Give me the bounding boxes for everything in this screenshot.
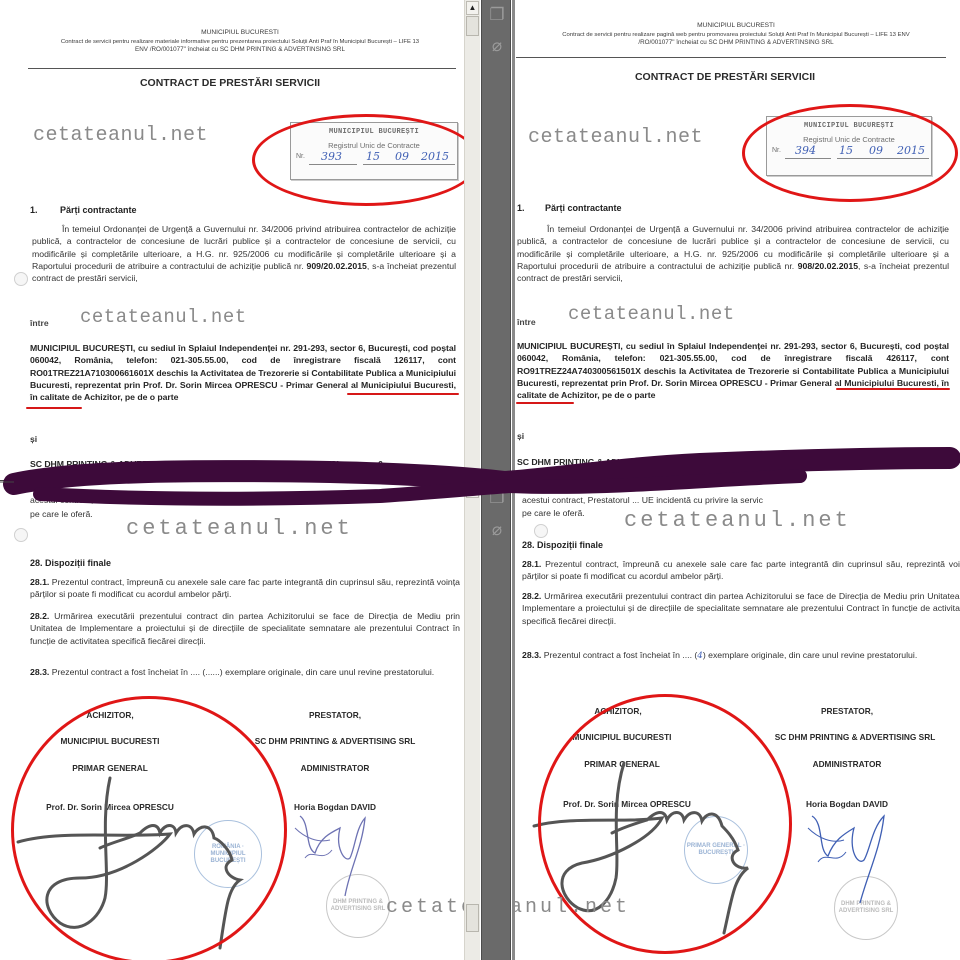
clause-28-3: 28.3. Prezentul contract a fost încheiat… <box>30 666 460 678</box>
seller-organization: SC DHM PRINTING & ADVERTISING SRL <box>230 736 440 746</box>
pages-icon[interactable]: ❐ <box>488 5 506 25</box>
watermark: cetateanul.net <box>624 508 851 533</box>
attachment-icon[interactable]: ⌀ <box>488 36 506 56</box>
document-header: MUNICIPIUL BUCURESTI Contract de servici… <box>20 29 460 55</box>
left-contract-signature-page: acestui contract, Prestatorul va avea în… <box>0 478 480 960</box>
header-subtitle: Contract de servicii pentru realizare pa… <box>518 31 954 40</box>
header-subtitle-2: ENV /RO/001077" încheiat cu SC DHM PRINT… <box>20 46 460 55</box>
watermark: cetateanul.net <box>80 306 247 328</box>
scroll-thumb[interactable] <box>466 16 479 36</box>
right-contract-page1: MUNICIPIUL BUCURESTI Contract de servici… <box>512 0 960 478</box>
red-highlight-circle <box>742 104 958 202</box>
header-institution: MUNICIPIUL BUCURESTI <box>20 29 460 38</box>
procedure-reference: 908/20.02.2015 <box>798 261 858 271</box>
page-edge <box>512 478 515 960</box>
between-label: între <box>30 318 49 328</box>
document-title: CONTRACT DE PRESTĂRI SERVICII <box>512 71 938 83</box>
section-number: 1. <box>30 205 38 215</box>
watermark: cetateanul.net <box>528 126 703 149</box>
section-heading: Părți contractante <box>545 203 622 213</box>
header-rule <box>516 57 946 58</box>
document-title: CONTRACT DE PRESTĂRI SERVICII <box>0 77 460 89</box>
clause-28-3: 28.3. Prezentul contract a fost încheiat… <box>522 649 960 662</box>
procedure-reference: 909/20.02.2015 <box>307 261 367 271</box>
left-contract-page1: MUNICIPIUL BUCURESTI Contract de servici… <box>0 0 480 478</box>
punch-hole <box>14 528 28 542</box>
watermark: cetateanul.net <box>568 303 735 325</box>
red-underline <box>836 388 950 390</box>
attachment-icon[interactable]: ⌀ <box>488 520 506 540</box>
seller-role: PRESTATOR, <box>240 710 430 720</box>
watermark: anul.net <box>512 896 630 919</box>
clause-28-1: 28.1. Prezentul contract, împreună cu an… <box>30 576 460 601</box>
seller-title: ADMINISTRATOR <box>752 759 942 769</box>
punch-hole <box>534 524 548 538</box>
red-highlight-circle <box>11 696 287 960</box>
clause-28-2: 28.2. Urmărirea executării prezentului c… <box>30 610 460 647</box>
watermark: cetateanul.net <box>126 516 353 541</box>
carryover-text: acestui contract, Prestatorul ... UE inc… <box>522 494 960 506</box>
party2-paragraph: SC DHM PRINTING & ADVERTISING SRL cu sed… <box>30 458 460 470</box>
seller-seal: DHM PRINTING & ADVERTISING SRL <box>834 876 898 940</box>
header-subtitle-2: /RO/001077" încheiat cu SC DHM PRINTING … <box>518 39 954 48</box>
seller-seal: DHM PRINTING & ADVERTISING SRL <box>326 874 390 938</box>
vertical-scrollbar[interactable]: ▲ <box>464 0 480 478</box>
between-label: între <box>517 317 536 327</box>
scroll-up-arrow[interactable]: ▲ <box>466 1 479 15</box>
section-number: 1. <box>517 203 525 213</box>
red-underline <box>516 402 574 404</box>
right-contract-signature-page: acestui contract, Prestatorul ... UE inc… <box>512 478 960 960</box>
punch-hole <box>14 272 28 286</box>
document-header: MUNICIPIUL BUCURESTI Contract de servici… <box>518 22 954 48</box>
red-underline <box>347 393 459 395</box>
watermark: cetateanul.net <box>33 124 208 147</box>
vertical-scrollbar[interactable]: ▲ <box>464 478 480 960</box>
final-provisions-heading: 28. Dispoziții finale <box>522 540 603 550</box>
carryover-text: acestui contract, Prestatorul va avea în… <box>30 494 460 506</box>
scroll-up-arrow[interactable]: ▲ <box>466 484 479 498</box>
pages-icon[interactable]: ❐ <box>488 488 506 508</box>
intro-paragraph: În temeiul Ordonanței de Urgență a Guver… <box>517 223 949 284</box>
seller-role: PRESTATOR, <box>752 706 942 716</box>
red-underline <box>26 407 82 409</box>
viewer-side-panel-top: ❐ ⌀ <box>481 0 511 478</box>
header-rule <box>28 68 456 69</box>
party1-paragraph: MUNICIPIUL BUCUREȘTI, cu sediul în Splai… <box>517 340 949 401</box>
and-label: și <box>517 431 524 441</box>
page-edge-line <box>0 480 16 481</box>
header-subtitle: Contract de servicii pentru realizare ma… <box>20 38 460 47</box>
clause-28-2: 28.2. Urmărirea executării prezentului c… <box>522 590 960 627</box>
seller-organization: SC DHM PRINTING & ADVERTISING SRL <box>750 732 960 742</box>
section-heading: Părți contractante <box>60 205 137 215</box>
viewer-side-panel-bottom: ❐ ⌀ <box>481 478 511 960</box>
scroll-thumb[interactable] <box>466 904 479 932</box>
red-highlight-circle <box>252 114 480 206</box>
and-label: și <box>30 434 37 444</box>
header-institution: MUNICIPIUL BUCURESTI <box>518 22 954 31</box>
intro-paragraph: În temeiul Ordonanței de Urgență a Guver… <box>32 223 456 284</box>
clause-28-1: 28.1. Prezentul contract, împreună cu an… <box>522 558 960 583</box>
final-provisions-heading: 28. Dispoziții finale <box>30 558 111 568</box>
party2-paragraph: SC DHM PRINTING & ADVERTISING SRL cu sed… <box>517 456 960 468</box>
